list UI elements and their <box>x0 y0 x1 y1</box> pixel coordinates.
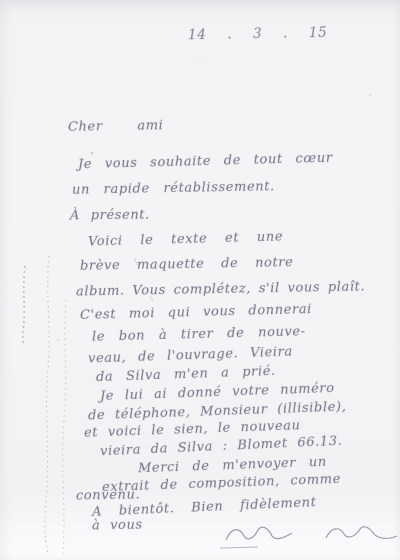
scan-speck <box>369 94 371 96</box>
scan-speck <box>91 152 94 155</box>
letter-line: brève maquette de notre <box>80 256 294 273</box>
letter-line: à vous <box>92 519 143 533</box>
letter-greeting: Cher ami <box>68 119 164 134</box>
scanned-letter-page: 14 . 3 . 15 Cher ami Je vous souhaite de… <box>0 0 400 560</box>
scan-speck <box>199 59 201 61</box>
letter-line: C'est moi qui vous donnerai <box>80 303 312 322</box>
margin-note-left-outer <box>45 256 50 556</box>
letter-date: 14 . 3 . 15 <box>188 27 328 42</box>
letter-line: da Silva m'en a prié. <box>96 365 276 384</box>
letter-line: À présent. <box>70 209 150 223</box>
letter-line: Je lui ai donné votre numéro <box>100 382 335 403</box>
margin-note-corner <box>23 266 25 346</box>
letter-line: le bon à tirer de nouve- <box>92 325 306 344</box>
letter-line: album. Vous complétez, s'il vous plaît. <box>76 280 365 298</box>
letter-line: de téléphone, Monsieur (illisible), <box>88 400 347 422</box>
signature-scrawl <box>226 527 397 540</box>
letter-line: un rapide rétablissement. <box>72 180 275 197</box>
letter-line: Je vous souhaite de tout cœur <box>78 152 333 172</box>
margin-note-left-inner <box>63 300 66 554</box>
letter-line: veau, de l'ouvrage. Vieira <box>88 345 293 365</box>
letter-line: convenu. <box>76 488 140 502</box>
scan-speck <box>57 339 59 341</box>
signature-underline-dash <box>220 547 258 548</box>
letter-line: Voici le texte et une <box>88 230 283 248</box>
